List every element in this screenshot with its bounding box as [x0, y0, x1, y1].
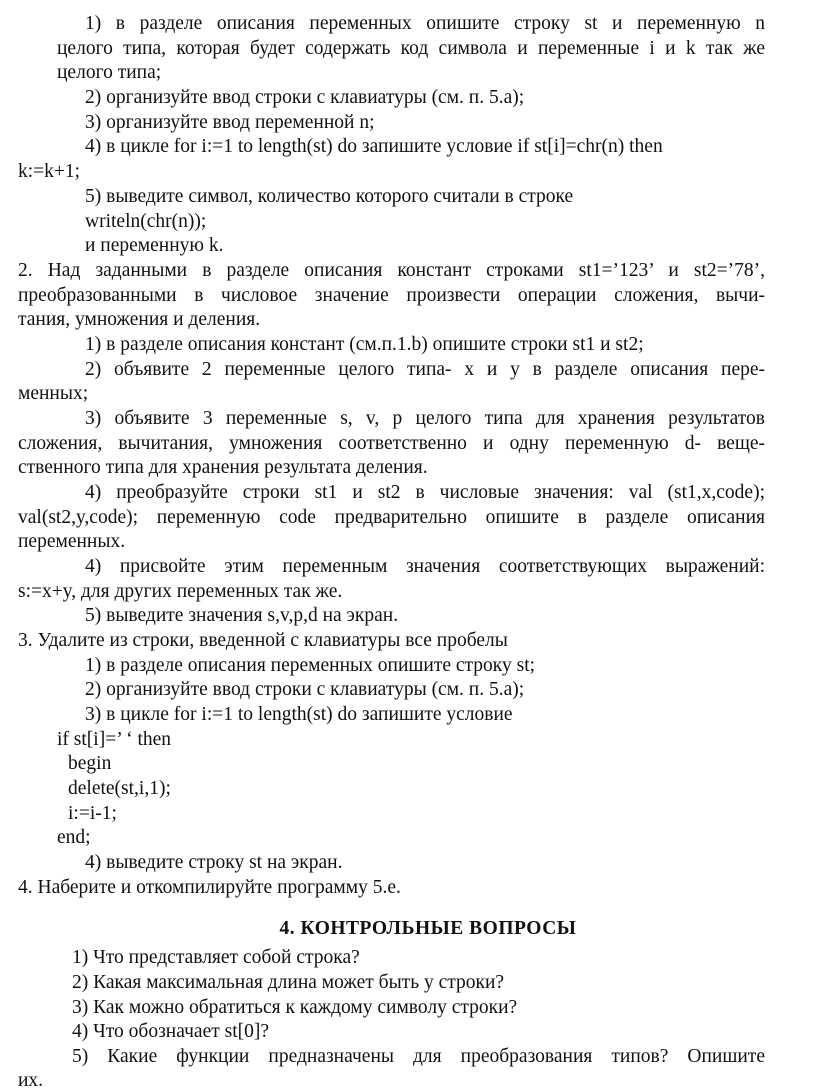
text-line: 4) преобразуйте строки st1 и st2 в число… [85, 481, 765, 505]
text-line: 5) выведите значения s,v,p,d на экран. [85, 604, 398, 628]
text-line: writeln(chr(n)); [85, 210, 206, 234]
text-line: ственного типа для хранения результата д… [18, 456, 428, 480]
text-line: begin [68, 752, 111, 776]
question-line: 3) Как можно обратиться к каждому символ… [72, 996, 517, 1020]
text-line: сложения, вычитания, умножения соответст… [18, 432, 765, 456]
text-line: 5) выведите символ, количество которого … [85, 185, 573, 209]
text-line: 3. Удалите из строки, введенной с клавиа… [18, 629, 508, 653]
question-line: 2) Какая максимальная длина может быть у… [72, 971, 504, 995]
text-line: и переменную k. [85, 234, 224, 258]
text-line: 2. Над заданными в разделе описания конс… [18, 259, 765, 283]
text-line: delete(st,i,1); [68, 777, 171, 801]
text-line: переменных. [18, 530, 125, 554]
question-line: 5) Какие функции предназначены для преоб… [72, 1045, 765, 1069]
question-line: их. [18, 1069, 43, 1090]
text-line: 3) организуйте ввод переменной n; [85, 111, 375, 135]
text-line: 4) в цикле for i:=1 to length(st) do зап… [85, 135, 663, 159]
text-line: 1) в разделе описания констант (см.п.1.b… [85, 333, 644, 357]
text-line: целого типа, которая будет содержать код… [57, 37, 765, 61]
text-line: end; [57, 826, 91, 850]
question-line: 4) Что обозначает st[0]? [72, 1020, 269, 1044]
text-line: i:=i-1; [68, 802, 117, 826]
text-line: 2) организуйте ввод строки с клавиатуры … [85, 678, 524, 702]
text-line: 3) объявите 3 переменные s, v, p целого … [85, 407, 765, 431]
text-line: 2) организуйте ввод строки с клавиатуры … [85, 86, 524, 110]
question-line: 1) Что представляет собой строка? [72, 946, 360, 970]
text-line: 2) объявите 2 переменные целого типа- x … [85, 358, 765, 382]
text-line: val(st2,y,code); переменную code предвар… [18, 506, 765, 530]
text-line: 4) выведите строку st на экран. [85, 851, 342, 875]
text-line: 1) в разделе описания переменных опишите… [85, 12, 765, 36]
text-line: 4) присвойте этим переменным значения со… [85, 555, 765, 579]
text-line: k:=k+1; [18, 160, 80, 184]
section-heading: 4. КОНТРОЛЬНЫЕ ВОПРОСЫ [0, 917, 816, 941]
text-line: 1) в разделе описания переменных опишите… [85, 654, 535, 678]
text-line: s:=x+y, для других переменных так же. [18, 580, 342, 604]
text-line: 4. Наберите и откомпилируйте программу 5… [18, 876, 401, 900]
text-line: целого типа; [57, 61, 161, 85]
text-line: if st[i]=’ ‘ then [57, 728, 171, 752]
text-line: тания, умножения и деления. [18, 308, 260, 332]
text-line: 3) в цикле for i:=1 to length(st) do зап… [85, 703, 513, 727]
text-line: менных; [18, 382, 88, 406]
text-line: преобразованными в числовое значение про… [18, 284, 765, 308]
